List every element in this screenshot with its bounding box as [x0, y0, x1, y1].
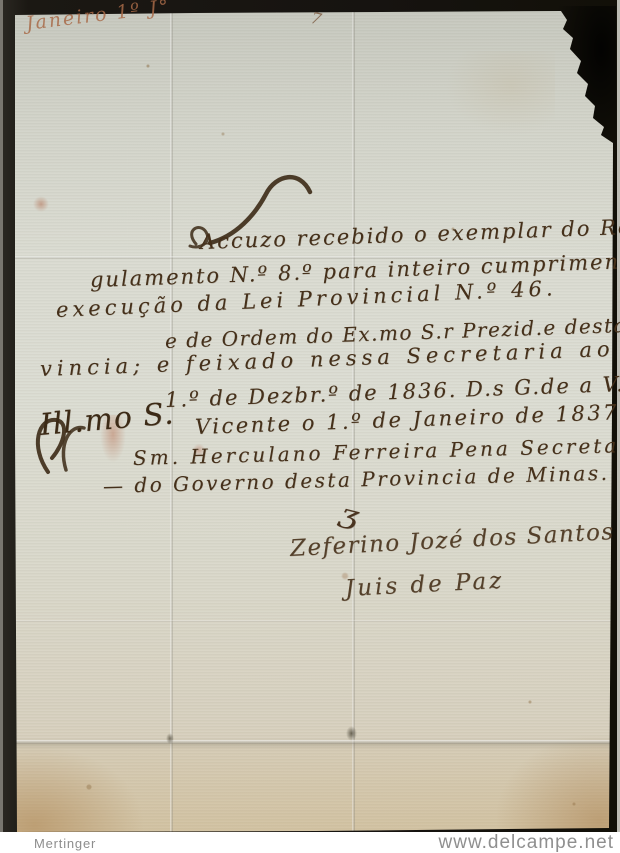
watermark-bar: Mertinger www.delcampe.net [0, 832, 620, 853]
handwriting-layer: Janeiro 1º J° 7 Accuzo recebido o exempl… [0, 0, 620, 832]
handwriting-line: Accuzo recebido o exemplar do Re- [200, 215, 620, 254]
site-watermark: www.delcampe.net [439, 832, 614, 853]
pencil-mark: 7 [309, 8, 323, 29]
signature-title-line: Juis de Paz [344, 568, 505, 602]
salutation-abbreviation: Ill.mo S. [38, 396, 175, 443]
listing-photo: Janeiro 1º J° 7 Accuzo recebido o exempl… [0, 0, 620, 853]
photo-backdrop: Janeiro 1º J° 7 Accuzo recebido o exempl… [0, 0, 620, 832]
rubric-flourish: ʒ [336, 498, 362, 532]
seller-watermark: Mertinger [34, 836, 96, 851]
docket-note: Janeiro 1º J° [25, 0, 172, 35]
